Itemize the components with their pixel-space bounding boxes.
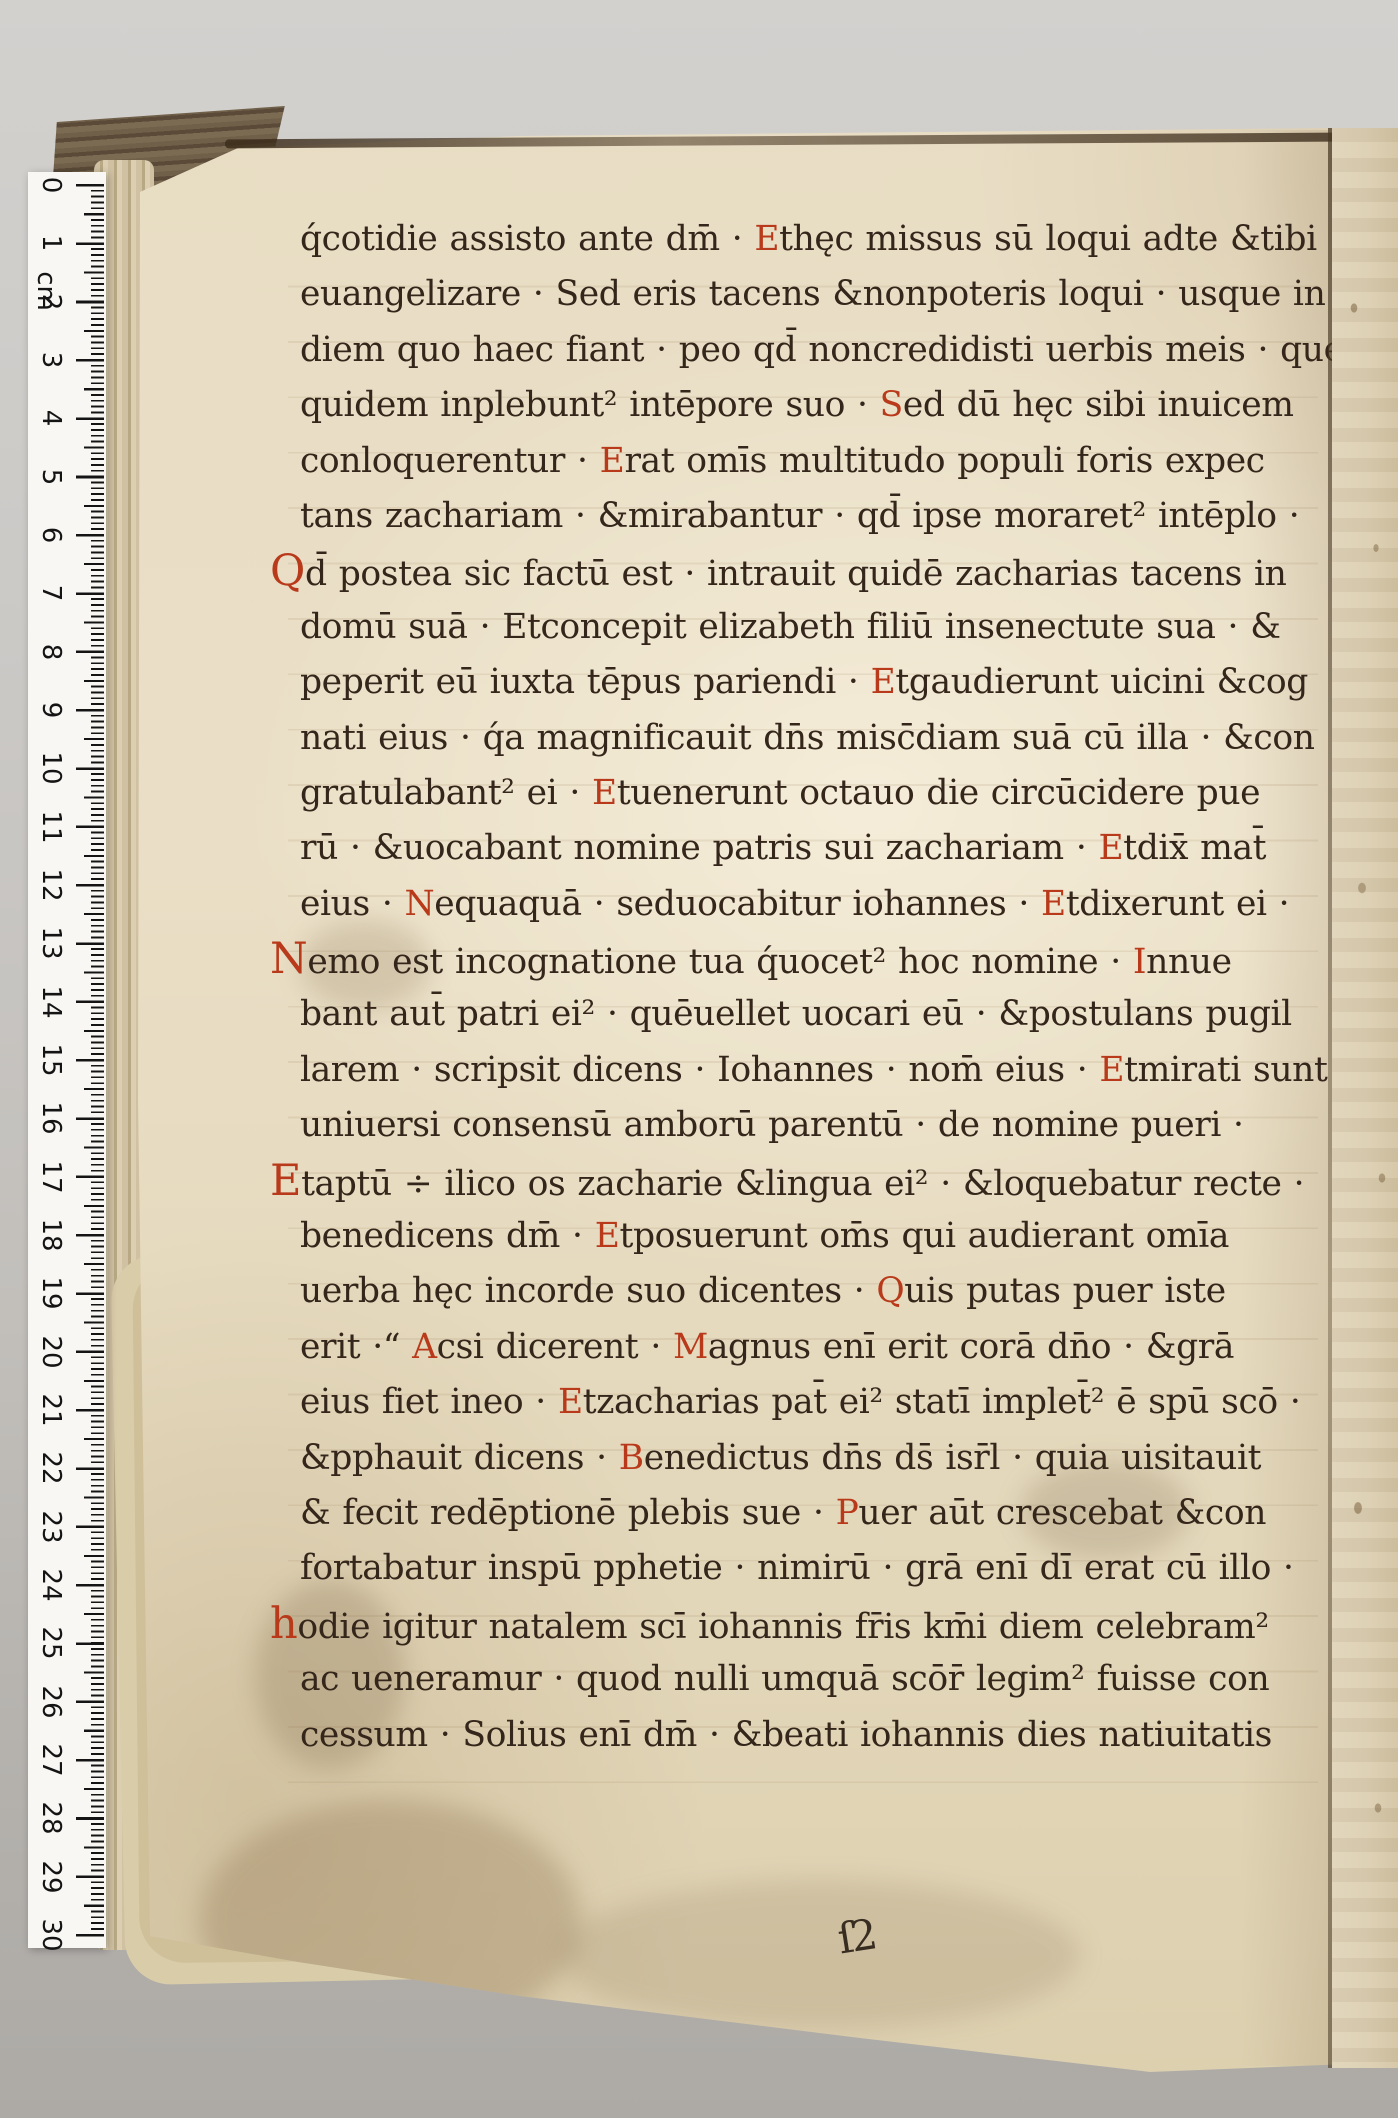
text-line: &pphauit dicens · Benedictus dn̄s ds̄ is… bbox=[300, 1431, 1335, 1486]
ruler-number: 0 bbox=[36, 168, 66, 202]
text-line: uniuersi consensū amborū parentū · de no… bbox=[300, 1098, 1335, 1153]
text-line: Etaptū ÷ ilico os zacharie &lingua ei² ·… bbox=[270, 1154, 1335, 1209]
ruler-number: 12 bbox=[36, 868, 66, 902]
ruler-number: 16 bbox=[36, 1101, 66, 1135]
ruler-number: 3 bbox=[36, 343, 66, 377]
ruler-number: 18 bbox=[36, 1218, 66, 1252]
text-line: eius · Nequaquā · seduocabitur iohannes … bbox=[300, 877, 1335, 932]
ruler-number: 19 bbox=[36, 1276, 66, 1310]
ruler-number: 13 bbox=[36, 926, 66, 960]
ruler-number: 9 bbox=[36, 693, 66, 727]
ruler-number: 25 bbox=[36, 1626, 66, 1660]
text-line: hodie igitur natalem scī iohannis fr̄is … bbox=[270, 1597, 1335, 1652]
text-line: larem · scripsit dicens · Iohannes · nom… bbox=[300, 1043, 1335, 1098]
text-line: ac ueneramur · quod nulli umquā scōr̄ le… bbox=[300, 1652, 1335, 1707]
text-line: euangelizare · Sed eris tacens &nonpoter… bbox=[300, 267, 1335, 322]
ruler-number: 14 bbox=[36, 985, 66, 1019]
ruler-number: 5 bbox=[36, 460, 66, 494]
text-line: Qd̄ postea sic factū est · intrauit quid… bbox=[270, 544, 1335, 599]
ruler-number: 7 bbox=[36, 576, 66, 610]
ruler-number: 28 bbox=[36, 1801, 66, 1835]
text-line: & fecit redēptionē plebis sue · Puer aūt… bbox=[300, 1486, 1335, 1541]
ruler-number: 11 bbox=[36, 810, 66, 844]
ruler-cm-ticks bbox=[76, 184, 104, 1938]
stain bbox=[560, 1880, 1080, 2030]
text-line: nati eius · q́a magnificauit dn̄s misc̄d… bbox=[300, 711, 1335, 766]
text-line: q́cotidie assisto ante dm̄ · Ethęc missu… bbox=[300, 212, 1335, 267]
ruler-number: 24 bbox=[36, 1568, 66, 1602]
text-line: Nemo est incognatione tua q́uocet² hoc n… bbox=[270, 932, 1335, 987]
cm-ruler: cm 0123456789101112131415161718192021222… bbox=[28, 172, 106, 1948]
text-line: benedicens dm̄ · Etposuerunt om̄s qui au… bbox=[300, 1209, 1335, 1264]
ruler-number: 23 bbox=[36, 1510, 66, 1544]
ruler-number: 15 bbox=[36, 1043, 66, 1077]
ruler-number: 6 bbox=[36, 518, 66, 552]
text-line: fortabatur inspū pphetie · nimirū · grā … bbox=[300, 1541, 1335, 1596]
text-line: domū suā · Etconcepit elizabeth filiū in… bbox=[300, 600, 1335, 655]
text-line: peperit eū iuxta tēpus pariendi · Etgaud… bbox=[300, 655, 1335, 710]
text-line: erit ·“ Acsi dicerent · Magnus enī erit … bbox=[300, 1320, 1335, 1375]
ruler-number: 22 bbox=[36, 1451, 66, 1485]
text-line: eius fiet ineo · Etzacharias pat̄ ei² st… bbox=[300, 1375, 1335, 1430]
text-line: tans zachariam · &mirabantur · qd̄ ipse … bbox=[300, 489, 1335, 544]
ruler-number: 30 bbox=[36, 1918, 66, 1952]
text-line: quidem inplebunt² intēpore suo · Sed dū … bbox=[300, 378, 1335, 433]
fore-edge-of-leaves: A bbox=[1332, 128, 1398, 2068]
parchment-page: q́cotidie assisto ante dm̄ · Ethęc missu… bbox=[0, 0, 1398, 2118]
manuscript-photo: q́cotidie assisto ante dm̄ · Ethęc missu… bbox=[0, 0, 1398, 2118]
ruler-number: 2 bbox=[36, 285, 66, 319]
text-line: gratulabant² ei · Etuenerunt octauo die … bbox=[300, 766, 1335, 821]
ruler-number: 17 bbox=[36, 1160, 66, 1194]
text-line: rū · &uocabant nomine patris sui zachari… bbox=[300, 821, 1335, 876]
ruler-number: 29 bbox=[36, 1860, 66, 1894]
ruler-number: 4 bbox=[36, 401, 66, 435]
text-line: conloquerentur · Erat omīs multitudo pop… bbox=[300, 434, 1335, 489]
ruler-number: 1 bbox=[36, 226, 66, 260]
ruler-number: 21 bbox=[36, 1393, 66, 1427]
text-line: diem quo haec fiant · peo qd̄ noncredidi… bbox=[300, 323, 1335, 378]
manuscript-text-block: q́cotidie assisto ante dm̄ · Ethęc missu… bbox=[300, 212, 1335, 1763]
ruler-number: 26 bbox=[36, 1685, 66, 1719]
text-line: cessum · Solius enī dm̄ · &beati iohanni… bbox=[300, 1708, 1335, 1763]
folio-scribble-mark: ſ2 bbox=[834, 1909, 877, 1963]
text-line: bant aut̄ patri ei² · quēuellet uocari e… bbox=[300, 987, 1335, 1042]
ruler-number: 20 bbox=[36, 1335, 66, 1369]
ruler-number: 10 bbox=[36, 751, 66, 785]
ruler-number: 27 bbox=[36, 1743, 66, 1777]
text-line: uerba hęc incorde suo dicentes · Quis pu… bbox=[300, 1264, 1335, 1319]
stain bbox=[200, 1800, 580, 2040]
ruler-number: 8 bbox=[36, 635, 66, 669]
